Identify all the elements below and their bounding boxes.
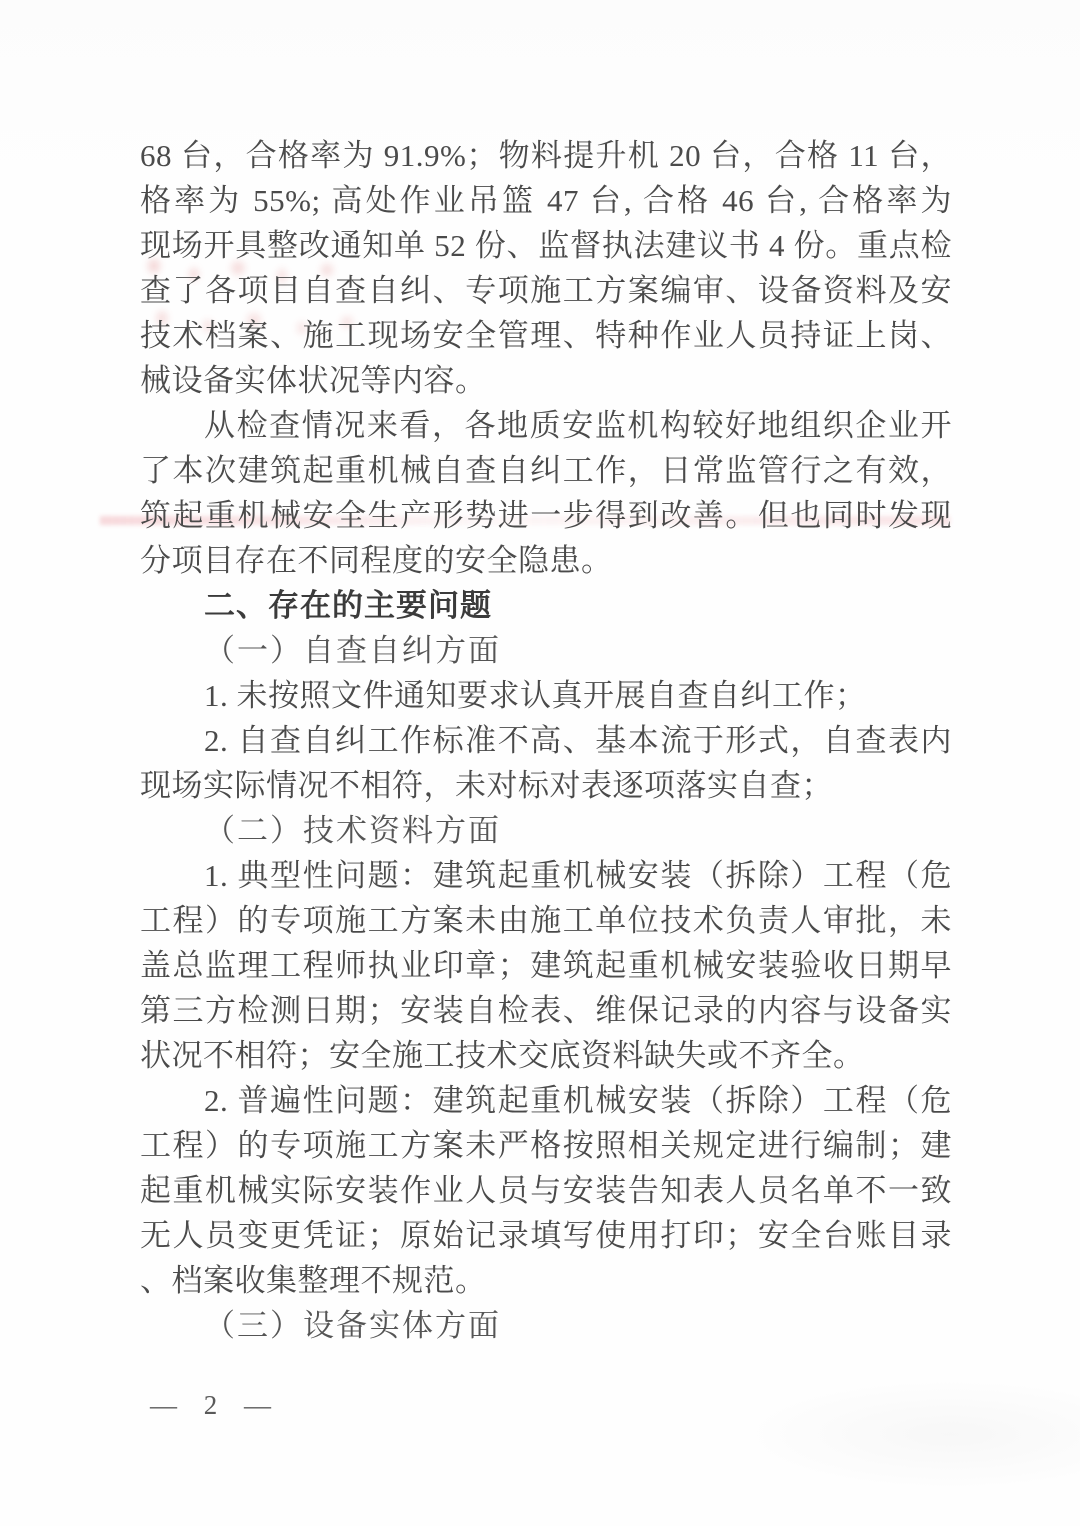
text-line: 状况不相符；安全施工技术交底资料缺失或不齐全。 <box>140 1033 952 1078</box>
text-line: 第三方检测日期；安装自检表、维保记录的内容与设备实际 <box>140 988 952 1033</box>
text-line: 1. 典型性问题：建筑起重机械安装（拆除）工程（危大 <box>140 853 952 898</box>
text-line: 现场实际情况不相符，未对标对表逐项落实自查； <box>140 763 952 808</box>
text-line: 工程）的专项施工方案未严格按照相关规定进行编制；建筑 <box>140 1123 952 1168</box>
page-number: — 2 — <box>150 1390 281 1421</box>
text-line: 1. 未按照文件通知要求认真开展自查自纠工作； <box>140 673 952 718</box>
text-line: 查了各项目自查自纠、专项施工方案编审、设备资料及安全 <box>140 268 952 313</box>
text-line: 技术档案、施工现场安全管理、特种作业人员持证上岗、机 <box>140 313 952 358</box>
text-line: 了本次建筑起重机械自查自纠工作，日常监管行之有效，建 <box>140 448 952 493</box>
text-line: 分项目存在不同程度的安全隐患。 <box>140 538 952 583</box>
text-line: 从检查情况来看，各地质安监机构较好地组织企业开展 <box>140 403 952 448</box>
text-line: 无人员变更凭证；原始记录填写使用打印；安全台账目录填写 <box>140 1213 952 1258</box>
text-line: 筑起重机械安全生产形势进一步得到改善。但也同时发现部 <box>140 493 952 538</box>
text-line: 起重机械实际安装作业人员与安装告知表人员名单不一致且 <box>140 1168 952 1213</box>
text-line: 工程）的专项施工方案未由施工单位技术负责人审批，未加 <box>140 898 952 943</box>
document-body: 68 台，合格率为 91.9%；物料提升机 20 台，合格 11 台，合格率为 … <box>140 133 952 1348</box>
section-heading: 二、存在的主要问题 <box>140 583 952 628</box>
text-line: 2. 普遍性问题：建筑起重机械安装（拆除）工程（危大 <box>140 1078 952 1123</box>
text-line: 现场开具整改通知单 52 份、监督执法建议书 4 份。重点检 <box>140 223 952 268</box>
text-line: 盖总监理工程师执业印章；建筑起重机械安装验收日期早于 <box>140 943 952 988</box>
subsection-heading: （二）技术资料方面 <box>140 808 952 853</box>
scanned-document-page: 68 台，合格率为 91.9%；物料提升机 20 台，合格 11 台，合格率为 … <box>0 0 1080 1526</box>
subsection-heading: （三）设备实体方面 <box>140 1303 952 1348</box>
subsection-heading: （一）自查自纠方面 <box>140 628 952 673</box>
text-line: 格率为 55%; 高处作业吊篮 47 台, 合格 46 台, 合格率为 97.9… <box>140 178 952 223</box>
text-line: 68 台，合格率为 91.9%；物料提升机 20 台，合格 11 台，合 <box>140 133 952 178</box>
text-line: 械设备实体状况等内容。 <box>140 358 952 403</box>
text-line: 2. 自查自纠工作标准不高、基本流于形式，自查表内容与 <box>140 718 952 763</box>
text-line: 、档案收集整理不规范。 <box>140 1258 952 1303</box>
